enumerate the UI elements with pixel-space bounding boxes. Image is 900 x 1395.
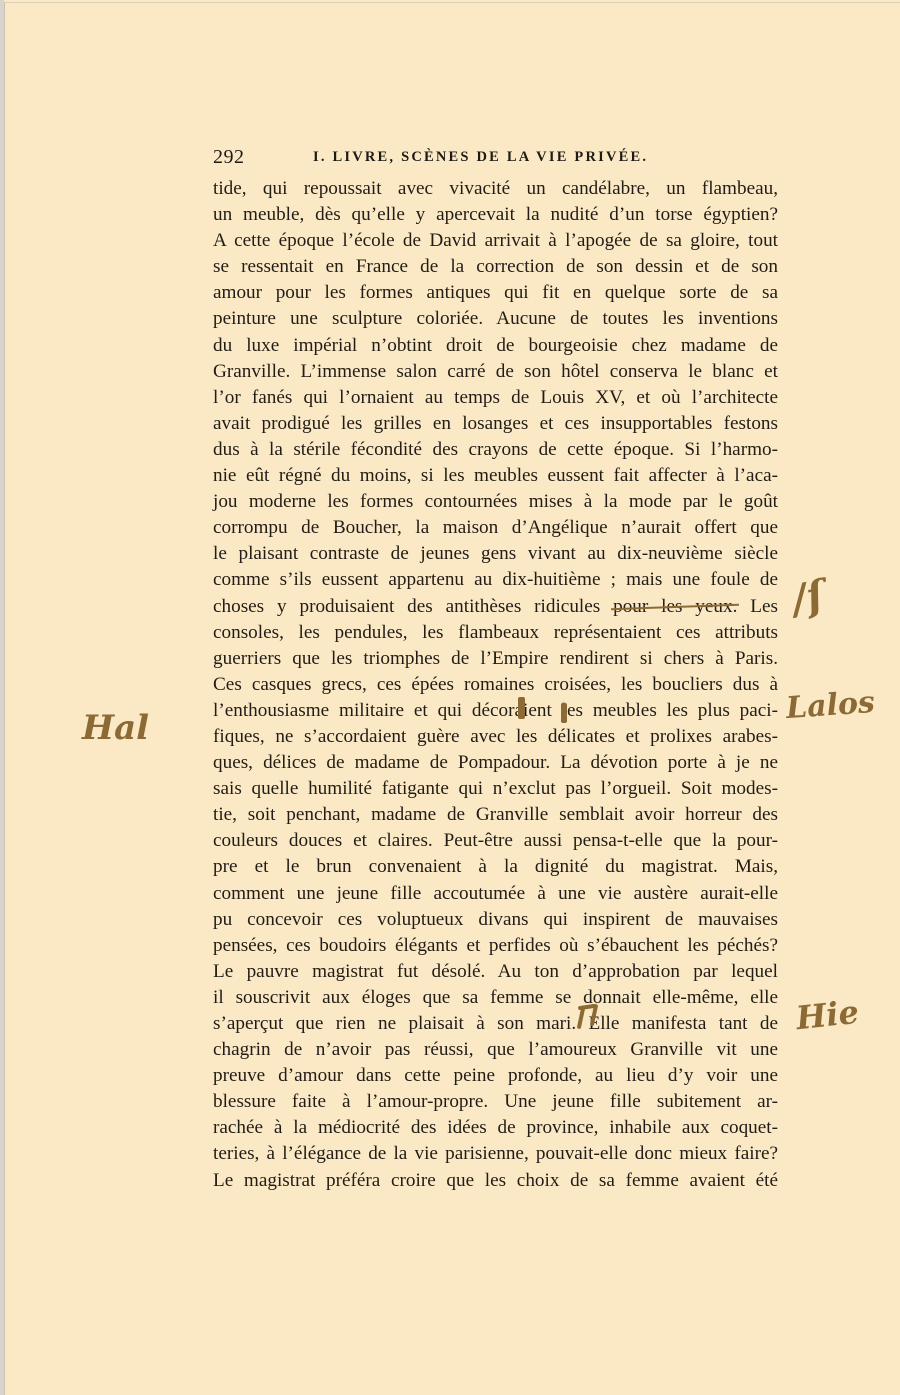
text-line: couleurs douces et claires. Peut-être au… — [213, 828, 778, 854]
margin-note-left-1: Hal — [82, 708, 149, 748]
text-line: sais quelle humilité fatigante qui n’exc… — [213, 776, 778, 802]
text-line: consoles, les pendules, les flambeaux re… — [213, 620, 778, 646]
text-line: du luxe impérial n’obtint droit de bourg… — [213, 333, 778, 359]
insertion-mark-a — [518, 697, 525, 719]
text-line: s’aperçut que rien ne plaisait à son mar… — [213, 1011, 778, 1037]
text-line: dus à la stérile fécondité des crayons d… — [213, 437, 778, 463]
text-line: comme s’ils eussent appartenu au dix-hui… — [213, 567, 778, 593]
text-line: amour pour les formes antiques qui fit e… — [213, 280, 778, 306]
text-line: chagrin de n’avoir pas réussi, que l’amo… — [213, 1037, 778, 1063]
text-line: tide, qui repoussait avec vivacité un ca… — [213, 176, 778, 202]
text-line: pensées, ces boudoirs élégants et perfid… — [213, 933, 778, 959]
text-line: rachée à la médiocrité des idées de prov… — [213, 1115, 778, 1141]
text-line: tie, soit penchant, madame de Granville … — [213, 802, 778, 828]
text-line: A cette époque l’école de David arrivait… — [213, 228, 778, 254]
text-line: preuve d’amour dans cette peine profonde… — [213, 1063, 778, 1089]
text-line: Le magistrat préféra croire que les choi… — [213, 1168, 778, 1194]
page-number: 292 — [213, 146, 245, 169]
text-line: comment une jeune fille accoutumée à une… — [213, 881, 778, 907]
text-line: blessure faite à l’amour-propre. Une jeu… — [213, 1089, 778, 1115]
text-line: le plaisant contraste de jeunes gens viv… — [213, 541, 778, 567]
text-line: Ces casques grecs, ces épées romaines cr… — [213, 672, 778, 698]
text-line: nie eût régné du moins, si les meubles e… — [213, 463, 778, 489]
page-header: 292 I. LIVRE, SCÈNES DE LA VIE PRIVÉE. — [213, 146, 778, 174]
text-line: teries, à l’élégance de la vie parisienn… — [213, 1141, 778, 1167]
margin-note-right-3: Hie — [794, 993, 860, 1037]
running-title: I. LIVRE, SCÈNES DE LA VIE PRIVÉE. — [313, 149, 648, 166]
text-line: jou moderne les formes contournées mises… — [213, 489, 778, 515]
text-line: l’or fanés qui l’ornaient au temps de Lo… — [213, 385, 778, 411]
text-line: ques, délices de madame de Pompadour. La… — [213, 750, 778, 776]
text-line: pu concevoir ces voluptueux divans qui i… — [213, 907, 778, 933]
text-line: choses y produisaient des antithèses rid… — [213, 594, 778, 620]
text-line: pre et le brun convenaient à la dignité … — [213, 854, 778, 880]
text-line: fiques, ne s’accordaient guère avec les … — [213, 724, 778, 750]
text-line: peinture une sculpture coloriée. Aucune … — [213, 306, 778, 332]
text-line: il souscrivit aux éloges que sa femme se… — [213, 985, 778, 1011]
insertion-mark-l — [561, 703, 567, 723]
text-line: guerriers que les triomphes de l’Empire … — [213, 646, 778, 672]
text-segment: choses y produisaient des antithèses rid… — [213, 596, 613, 617]
margin-note-right-2: Lalos — [785, 685, 876, 726]
text-line: avait prodigué les grilles en losanges e… — [213, 411, 778, 437]
body-text: tide, qui repoussait avec vivacité un ca… — [213, 176, 778, 1194]
text-line: Granville. L’immense salon carré de son … — [213, 359, 778, 385]
text-line: l’enthousiasme militaire et qui décoraie… — [213, 698, 778, 724]
text-line: Le pauvre magistrat fut désolé. Au ton d… — [213, 959, 778, 985]
text-segment: . Les — [733, 596, 778, 617]
text-line: se ressentait en France de la correction… — [213, 254, 778, 280]
struck-text: pour les yeux — [613, 596, 733, 617]
text-line: un meuble, dès qu’elle y apercevait la n… — [213, 202, 778, 228]
text-line: corrompu de Boucher, la maison d’Angéliq… — [213, 515, 778, 541]
